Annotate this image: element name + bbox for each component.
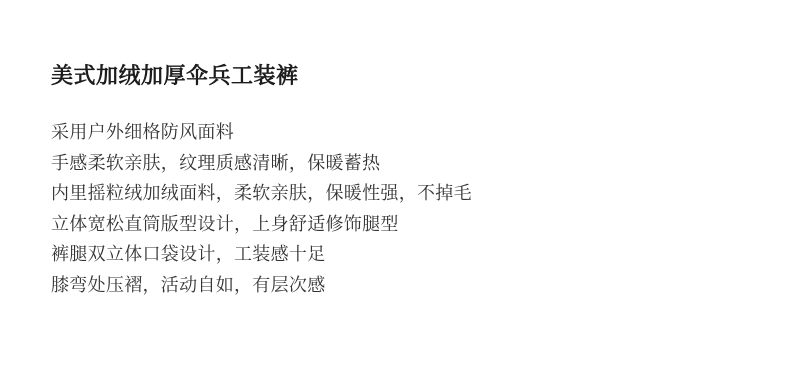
feature-item: 膝弯处压褶，活动自如，有层次感 bbox=[51, 271, 472, 302]
feature-item: 手感柔软亲肤，纹理质感清晰，保暖蓄热 bbox=[51, 149, 472, 180]
feature-item: 立体宽松直筒版型设计，上身舒适修饰腿型 bbox=[51, 210, 472, 241]
product-description: 美式加绒加厚伞兵工装裤 采用户外细格防风面料 手感柔软亲肤，纹理质感清晰，保暖蓄… bbox=[51, 60, 472, 301]
feature-item: 采用户外细格防风面料 bbox=[51, 118, 472, 149]
product-title: 美式加绒加厚伞兵工装裤 bbox=[51, 60, 472, 94]
feature-item: 内里摇粒绒加绒面料，柔软亲肤，保暖性强，不掉毛 bbox=[51, 179, 472, 210]
feature-item: 裤腿双立体口袋设计，工装感十足 bbox=[51, 240, 472, 271]
feature-list: 采用户外细格防风面料 手感柔软亲肤，纹理质感清晰，保暖蓄热 内里摇粒绒加绒面料，… bbox=[51, 118, 472, 301]
